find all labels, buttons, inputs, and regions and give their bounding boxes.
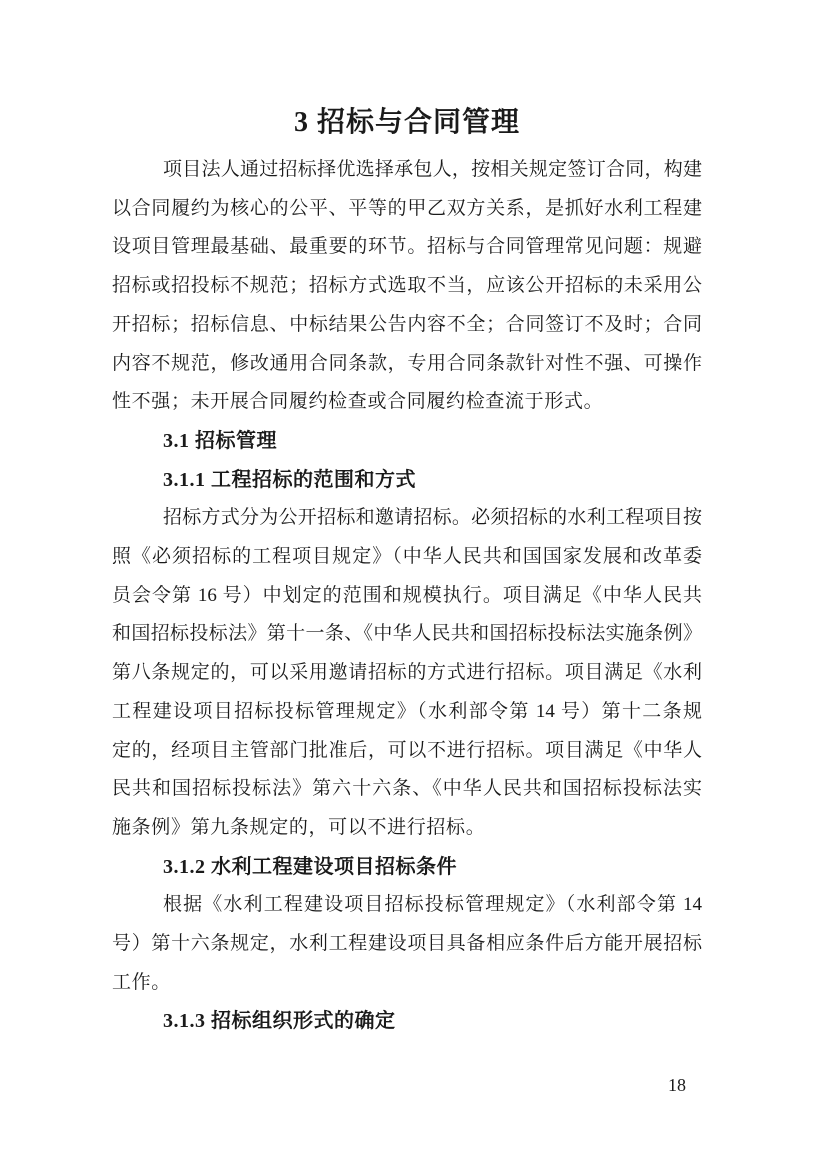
section-heading-3-1: 3.1 招标管理 — [112, 422, 702, 461]
section-heading-3-1-2: 3.1.2 水利工程建设项目招标条件 — [112, 848, 702, 887]
intro-paragraph-line-7: 性不强；未开展合同履约检查或合同履约检查流于形式。 — [112, 383, 702, 422]
paragraph-3-1-2-line-2: 号）第十六条规定，水利工程建设项目具备相应条件后方能开展招标 — [112, 925, 702, 964]
paragraph-3-1-1-line-4: 和国招标投标法》第十一条、《中华人民共和国招标投标法实施条例》 — [112, 615, 702, 654]
paragraph-3-1-1-line-6: 工程建设项目招标投标管理规定》（水利部令第 14 号）第十二条规 — [112, 693, 702, 732]
paragraph-3-1-2-line-3: 工作。 — [112, 964, 702, 1003]
intro-paragraph-line-1: 项目法人通过招标择优选择承包人，按相关规定签订合同，构建 — [112, 151, 702, 190]
paragraph-3-1-1-line-1: 招标方式分为公开招标和邀请招标。必须招标的水利工程项目按 — [112, 499, 702, 538]
chapter-title: 3 招标与合同管理 — [112, 101, 702, 145]
page-number: 18 — [668, 1067, 712, 1103]
paragraph-3-1-1-line-7: 定的，经项目主管部门批准后，可以不进行招标。项目满足《中华人 — [112, 732, 702, 771]
document-content: 3 招标与合同管理项目法人通过招标择优选择承包人，按相关规定签订合同，构建以合同… — [112, 0, 702, 1041]
section-heading-3-1-1: 3.1.1 工程招标的范围和方式 — [112, 461, 702, 500]
paragraph-3-1-2-line-1: 根据《水利工程建设项目招标投标管理规定》（水利部令第 14 — [112, 886, 702, 925]
section-heading-3-1-3: 3.1.3 招标组织形式的确定 — [112, 1002, 702, 1041]
intro-paragraph-line-5: 开招标；招标信息、中标结果公告内容不全；合同签订不及时；合同 — [112, 306, 702, 345]
paragraph-3-1-1-line-3: 员会令第 16 号）中划定的范围和规模执行。项目满足《中华人民共 — [112, 577, 702, 616]
document-page: 3 招标与合同管理项目法人通过招标择优选择承包人，按相关规定签订合同，构建以合同… — [0, 0, 826, 1169]
intro-paragraph-line-6: 内容不规范，修改通用合同条款，专用合同条款针对性不强、可操作 — [112, 345, 702, 384]
paragraph-3-1-1-line-2: 照《必须招标的工程项目规定》（中华人民共和国国家发展和改革委 — [112, 538, 702, 577]
paragraph-3-1-1-line-5: 第八条规定的，可以采用邀请招标的方式进行招标。项目满足《水利 — [112, 654, 702, 693]
intro-paragraph-line-3: 设项目管理最基础、最重要的环节。招标与合同管理常见问题：规避 — [112, 228, 702, 267]
paragraph-3-1-1-line-8: 民共和国招标投标法》第六十六条、《中华人民共和国招标投标法实 — [112, 770, 702, 809]
paragraph-3-1-1-line-9: 施条例》第九条规定的，可以不进行招标。 — [112, 809, 702, 848]
intro-paragraph-line-4: 招标或招投标不规范；招标方式选取不当，应该公开招标的未采用公 — [112, 267, 702, 306]
intro-paragraph-line-2: 以合同履约为核心的公平、平等的甲乙双方关系，是抓好水利工程建 — [112, 190, 702, 229]
